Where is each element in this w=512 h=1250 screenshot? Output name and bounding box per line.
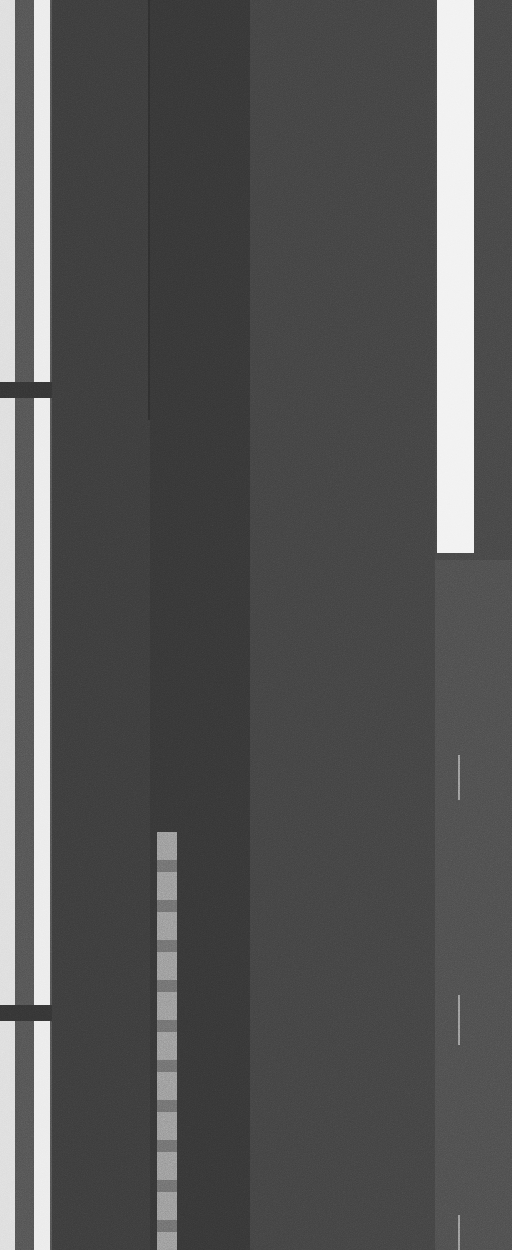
road-scene (0, 0, 512, 1250)
asphalt-texture (0, 0, 512, 1250)
